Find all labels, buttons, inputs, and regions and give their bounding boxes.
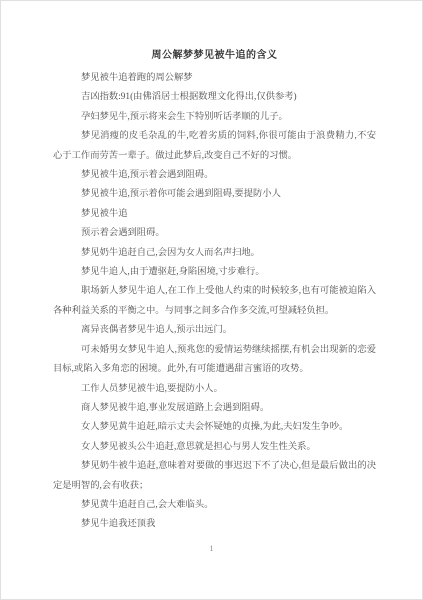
- paragraph: 女人梦见黄牛追赶,暗示丈夫会怀疑她的贞操,为此,夫妇发生争吵。: [53, 418, 376, 437]
- paragraph: 职场新人梦见牛追人,在工作上受他人约束的时候较多,也有可能被迫陷入各种利益关系的…: [53, 282, 376, 321]
- paragraph: 吉凶指数:91(由佛滔居士根据数理文化得出,仅供参考): [53, 88, 376, 107]
- paragraph: 梦见牛追人,由于遭驱赶,身陷困境,寸步难行。: [53, 263, 376, 282]
- paragraph: 梦见奶牛追赶自己,会因为女人而名声扫地。: [53, 244, 376, 263]
- paragraph: 梦见被牛追: [53, 205, 376, 224]
- paragraph: 梦见消瘦的皮毛杂乱的牛,吃着劣质的饲料,你很可能由于浪费精力,不安心于工作而劳苦…: [53, 127, 376, 166]
- paragraph: 预示着会遇到阻碍。: [53, 224, 376, 243]
- paragraph: 梦见被牛追,预示着会遇到阻碍。: [53, 166, 376, 185]
- paragraph: 工作人员梦见被牛追,要提防小人。: [53, 380, 376, 399]
- paragraph: 女人梦见被头公牛追赶,意思就是担心与男人发生性关系。: [53, 438, 376, 457]
- paragraph: 孕妇梦见牛,预示将来会生下特别听话孝顺的儿子。: [53, 108, 376, 127]
- page-title: 周公解梦梦见被牛追的含义: [53, 48, 376, 63]
- document-body: 梦见被牛追着跑的周公解梦吉凶指数:91(由佛滔居士根据数理文化得出,仅供参考)孕…: [53, 69, 376, 535]
- paragraph: 梦见被牛追,预示着你可能会遇到阻碍,要提防小人: [53, 185, 376, 204]
- paragraph: 梦见黄牛追赶自己,会大难临头。: [53, 496, 376, 515]
- page-number: 1: [1, 543, 422, 555]
- document-page: 周公解梦梦见被牛追的含义 梦见被牛追着跑的周公解梦吉凶指数:91(由佛滔居士根据…: [0, 0, 423, 600]
- paragraph: 梦见牛追我还顶我: [53, 515, 376, 534]
- paragraph: 梦见被牛追着跑的周公解梦: [53, 69, 376, 88]
- paragraph: 商人梦见被牛追,事业发展道路上会遇到阻碍。: [53, 399, 376, 418]
- paragraph: 离异丧偶者梦见牛追人,预示出远门。: [53, 321, 376, 340]
- paragraph: 梦见奶牛被牛追赶,意味着对要做的事迟迟下不了决心,但是最后做出的决定是明智的,会…: [53, 457, 376, 496]
- paragraph: 可未婚男女梦见牛追人,预兆您的爱情运势继续摇摆,有机会出现新的恋爱目标,或陷入多…: [53, 341, 376, 380]
